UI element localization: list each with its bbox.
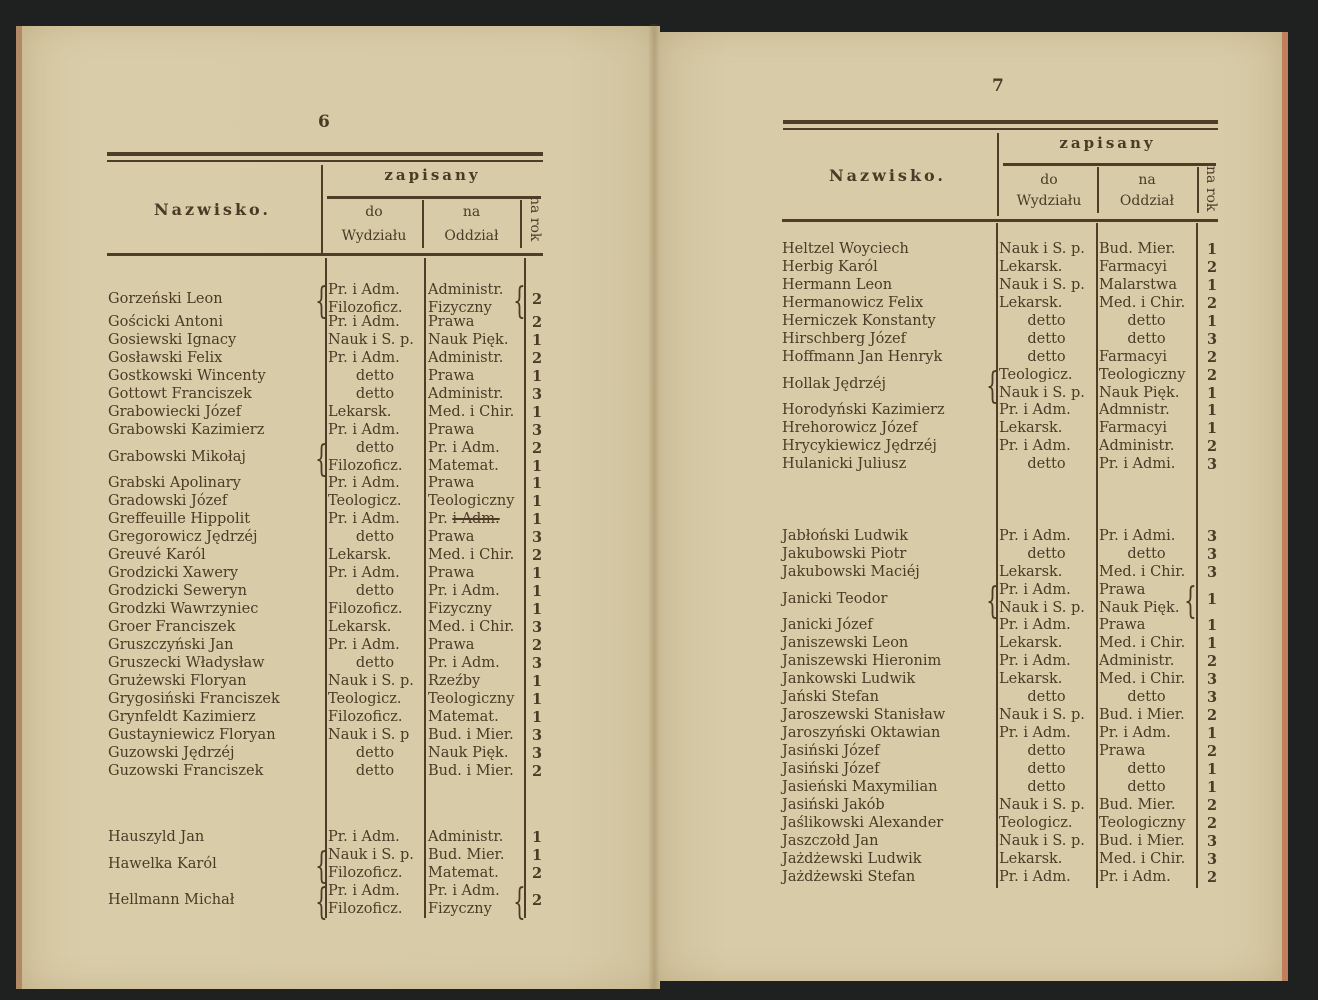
department-cell: Med. i Chir. (1099, 851, 1185, 868)
department-cell: detto (1099, 761, 1194, 778)
year-cell: 3 (527, 386, 547, 403)
student-name: Jaszczołd Jan (782, 833, 878, 850)
student-name: Grodzicki Xawery (108, 565, 238, 582)
department-cell: Teologiczny (1099, 815, 1185, 832)
faculty-cell: Pr. i Adm. (328, 565, 400, 582)
student-name: Hirschberg Józef (782, 331, 906, 348)
faculty-cell: detto (999, 779, 1094, 796)
year-cell: 1 (1202, 385, 1222, 402)
col-line-right-2 (1096, 223, 1098, 888)
student-name: Grodzki Wawrzyniec (108, 601, 258, 618)
header-dept-2-right: Oddział (1099, 193, 1195, 209)
faculty-cell: Nauk i S. p. (328, 847, 414, 864)
department-cell: Pr. i Adm. (428, 440, 500, 457)
year-cell: 2 (1202, 367, 1222, 384)
department-cell: Prawa (1099, 617, 1145, 634)
department-cell: detto (1099, 779, 1194, 796)
header-rule-thin-right (783, 128, 1218, 130)
year-cell: 2 (527, 314, 547, 331)
year-cell: 1 (1202, 591, 1222, 608)
faculty-cell: detto (328, 745, 422, 762)
department-cell: detto (1099, 313, 1194, 330)
faculty-cell: Lekarsk. (999, 635, 1062, 652)
faculty-cell: Pr. i Adm. (999, 869, 1071, 886)
year-cell: 2 (527, 547, 547, 564)
faculty-cell: Nauk i S. p. (328, 332, 414, 349)
student-name: Greffeuille Hippolit (108, 511, 250, 528)
header-year-left: na rok (527, 196, 543, 241)
year-cell: 2 (527, 350, 547, 367)
student-name: Herbig Karól (782, 259, 878, 276)
col-line-left-2 (424, 258, 426, 918)
header-group-left: zapisany (325, 166, 540, 184)
page-number-left: 6 (318, 112, 330, 132)
page-number-right: 7 (992, 76, 1004, 96)
faculty-cell: Filozoficz. (328, 901, 402, 918)
faculty-cell: Pr. i Adm. (328, 350, 400, 367)
student-name: Groer Franciszek (108, 619, 236, 636)
faculty-cell: Pr. i Adm. (999, 725, 1071, 742)
header-faculty-1-right: do (1002, 172, 1096, 188)
department-cell: Teologiczny (428, 493, 514, 510)
faculty-cell: detto (999, 331, 1094, 348)
col-line-left-3 (524, 258, 526, 918)
faculty-cell: detto (999, 349, 1094, 366)
header-dept-1-left: na (424, 204, 519, 220)
department-cell: Prawa (428, 368, 474, 385)
department-cell: Prawa (428, 422, 474, 439)
student-name: Hermann Leon (782, 277, 892, 294)
header-rule-top-right (783, 120, 1218, 124)
year-cell: 1 (527, 565, 547, 582)
year-cell: 3 (1202, 456, 1222, 473)
department-cell: Pr. i Admi. (1099, 528, 1175, 545)
year-cell: 2 (1202, 438, 1222, 455)
header-name-left: Nazwisko. (110, 200, 315, 219)
department-cell: Matemat. (428, 865, 499, 882)
department-cell: Prawa (428, 314, 474, 331)
student-name: Grabowiecki Józef (108, 404, 241, 421)
department-cell: Matemat. (428, 709, 499, 726)
department-cell: Prawa (1099, 582, 1145, 599)
department-cell: detto (1099, 331, 1194, 348)
year-cell: 1 (1202, 420, 1222, 437)
student-name: Hrehorowicz Józef (782, 420, 917, 437)
header-divider-left (321, 165, 323, 253)
student-name: Jasiński Jakób (782, 797, 885, 814)
year-cell: 3 (527, 745, 547, 762)
faculty-cell: Pr. i Adm. (328, 475, 400, 492)
brace-left-icon: { (315, 442, 328, 478)
student-name: Hellmann Michał (108, 892, 234, 909)
department-cell: Administr. (428, 282, 503, 299)
faculty-cell: detto (999, 761, 1094, 778)
department-cell: Pr. i Adm. (1099, 725, 1171, 742)
faculty-cell: Pr. i Adm. (328, 637, 400, 654)
year-cell: 1 (1202, 761, 1222, 778)
student-name: Jasieński Maxymilian (782, 779, 937, 796)
student-name: Gruszczyński Jan (108, 637, 234, 654)
student-name: Jański Stefan (782, 689, 879, 706)
year-cell: 1 (527, 511, 547, 528)
student-name: Hollak Jędrzéj (782, 376, 886, 393)
student-name: Gruszecki Władysław (108, 655, 265, 672)
faculty-cell: Lekarsk. (999, 420, 1062, 437)
year-cell: 1 (527, 673, 547, 690)
student-name: Gustayniewicz Floryan (108, 727, 276, 744)
student-name: Janiszewski Hieronim (782, 653, 941, 670)
faculty-cell: Pr. i Adm. (999, 402, 1071, 419)
header-name-right: Nazwisko. (785, 166, 990, 185)
student-name: Gosławski Felix (108, 350, 222, 367)
department-cell: Teologiczny (1099, 367, 1185, 384)
year-cell: 2 (527, 440, 547, 457)
student-name: Jaroszyński Oktawian (782, 725, 940, 742)
faculty-cell: detto (328, 368, 422, 385)
year-cell: 1 (527, 691, 547, 708)
faculty-cell: Pr. i Adm. (328, 511, 400, 528)
department-cell: Nauk Pięk. (1099, 385, 1179, 402)
student-name: Hermanowicz Felix (782, 295, 923, 312)
department-cell: Farmacyi (1099, 349, 1167, 366)
faculty-cell: Filozoficz. (328, 865, 402, 882)
header-faculty-1-left: do (327, 204, 421, 220)
year-cell: 2 (527, 865, 547, 882)
department-cell: Malarstwa (1099, 277, 1177, 294)
department-cell: Pr. i Adm. (428, 883, 500, 900)
faculty-cell: Pr. i Adm. (999, 528, 1071, 545)
header-dept-1-right: na (1099, 172, 1195, 188)
struck-text: i Adm. (452, 511, 499, 527)
header-rule-thin-left (107, 160, 543, 162)
year-cell: 1 (527, 847, 547, 864)
faculty-cell: Nauk i S. p. (999, 797, 1085, 814)
year-cell: 1 (1202, 725, 1222, 742)
brace-left-icon: { (986, 369, 999, 405)
header-group-right: zapisany (1000, 134, 1215, 152)
year-cell: 3 (1202, 671, 1222, 688)
student-name: Guzowski Jędrzéj (108, 745, 235, 762)
brace-right-icon: { (513, 885, 526, 921)
year-cell: 2 (1202, 707, 1222, 724)
year-cell: 3 (527, 655, 547, 672)
header-rule-bottom-left (107, 253, 543, 256)
faculty-cell: detto (328, 655, 422, 672)
header-group-rule-left (327, 196, 541, 199)
year-cell: 2 (527, 637, 547, 654)
year-cell: 3 (527, 727, 547, 744)
brace-left-icon: { (315, 885, 328, 921)
department-cell: Prawa (1099, 743, 1145, 760)
book-gutter (648, 24, 660, 989)
faculty-cell: Filozoficz. (328, 601, 402, 618)
faculty-cell: Nauk i S. p (328, 727, 409, 744)
year-cell: 1 (527, 493, 547, 510)
department-cell: Teologiczny (428, 691, 514, 708)
year-cell: 3 (527, 422, 547, 439)
faculty-cell: Lekarsk. (328, 547, 391, 564)
department-cell: Fizyczny (428, 601, 492, 618)
faculty-cell: Lekarsk. (999, 671, 1062, 688)
header-faculty-2-right: Wydziału (1002, 193, 1096, 209)
student-name: Jankowski Ludwik (782, 671, 915, 688)
department-cell: Bud. Mier. (1099, 797, 1176, 814)
student-name: Hawelka Karól (108, 856, 217, 873)
faculty-cell: detto (328, 529, 422, 546)
faculty-cell: Teologicz. (328, 691, 402, 708)
brace-left-icon: { (986, 584, 999, 620)
student-name: Jażdżewski Ludwik (782, 851, 922, 868)
header-col-divider-right-2 (1197, 167, 1199, 213)
department-cell: Pr. i Adm. (428, 655, 500, 672)
department-cell: Nauk Pięk. (1099, 600, 1179, 617)
department-cell: Med. i Chir. (1099, 295, 1185, 312)
student-name: Hauszyld Jan (108, 829, 204, 846)
faculty-cell: Pr. i Adm. (328, 829, 400, 846)
student-name: Jaroszewski Stanisław (782, 707, 945, 724)
student-name: Grynfeldt Kazimierz (108, 709, 256, 726)
faculty-cell: Pr. i Adm. (999, 582, 1071, 599)
student-name: Grabowski Kazimierz (108, 422, 264, 439)
faculty-cell: detto (328, 763, 422, 780)
faculty-cell: Pr. i Adm. (328, 314, 400, 331)
student-name: Hrycykiewicz Jędrzéj (782, 438, 937, 455)
year-cell: 1 (1202, 402, 1222, 419)
department-cell: Bud. i Mier. (1099, 833, 1185, 850)
student-name: Gradowski Józef (108, 493, 227, 510)
student-name: Guzowski Franciszek (108, 763, 263, 780)
year-cell: 2 (1202, 869, 1222, 886)
year-cell: 1 (527, 368, 547, 385)
faculty-cell: detto (999, 546, 1094, 563)
header-dept-2-left: Oddział (424, 228, 519, 244)
student-name: Greuvé Karól (108, 547, 206, 564)
department-cell: Med. i Chir. (1099, 635, 1185, 652)
faculty-cell: Teologicz. (328, 493, 402, 510)
department-cell: Med. i Chir. (1099, 564, 1185, 581)
faculty-cell: Filozoficz. (328, 458, 402, 475)
year-cell: 2 (1202, 743, 1222, 760)
year-cell: 3 (1202, 833, 1222, 850)
faculty-cell: Teologicz. (999, 815, 1073, 832)
header-divider-right (997, 133, 999, 216)
header-faculty-2-left: Wydziału (327, 228, 421, 244)
student-name: Jażdżewski Stefan (782, 869, 915, 886)
student-name: Heltzel Woyciech (782, 241, 909, 258)
department-cell: Matemat. (428, 458, 499, 475)
col-line-right-1 (996, 223, 998, 888)
year-cell: 1 (1202, 617, 1222, 634)
student-name: Gościcki Antoni (108, 314, 223, 331)
year-cell: 2 (1202, 815, 1222, 832)
brace-left-icon: { (315, 849, 328, 885)
department-cell: Administr. (428, 350, 503, 367)
faculty-cell: Nauk i S. p. (999, 277, 1085, 294)
department-cell: Farmacyi (1099, 259, 1167, 276)
student-name: Grygosiński Franciszek (108, 691, 280, 708)
student-name: Janicki Józef (782, 617, 873, 634)
header-col-divider-left-2 (520, 200, 522, 248)
student-name: Jasiński Józef (782, 761, 879, 778)
col-line-right-3 (1196, 223, 1198, 888)
faculty-cell: Teologicz. (999, 367, 1073, 384)
faculty-cell: Lekarsk. (999, 564, 1062, 581)
student-name: Gorzeński Leon (108, 291, 223, 308)
student-name: Gregorowicz Jędrzéj (108, 529, 258, 546)
faculty-cell: detto (999, 456, 1094, 473)
year-cell: 3 (1202, 331, 1222, 348)
faculty-cell: Pr. i Adm. (328, 422, 400, 439)
department-cell: Pr. i Adm. (1099, 869, 1171, 886)
department-cell: detto (1099, 546, 1194, 563)
year-cell: 3 (1202, 689, 1222, 706)
year-cell: 1 (1202, 277, 1222, 294)
faculty-cell: Pr. i Adm. (999, 653, 1071, 670)
department-cell: detto (1099, 689, 1194, 706)
department-cell: Prawa (428, 565, 474, 582)
year-cell: 1 (527, 475, 547, 492)
year-cell: 1 (1202, 313, 1222, 330)
department-cell: Pr. i Admi. (1099, 456, 1175, 473)
student-name: Grodzicki Seweryn (108, 583, 247, 600)
department-cell: Bud. i Mier. (1099, 707, 1185, 724)
student-name: Gosiewski Ignacy (108, 332, 236, 349)
year-cell: 1 (1202, 779, 1222, 796)
department-cell: Admnistr. (1099, 402, 1170, 419)
department-cell: Prawa (428, 475, 474, 492)
student-name: Horodyński Kazimierz (782, 402, 945, 419)
student-name: Jaślikowski Alexander (782, 815, 943, 832)
year-cell: 1 (527, 709, 547, 726)
faculty-cell: Nauk i S. p. (999, 385, 1085, 402)
department-cell: Bud. i Mier. (428, 763, 514, 780)
student-name: Janiszewski Leon (782, 635, 908, 652)
department-cell: Nauk Pięk. (428, 332, 508, 349)
student-name: Hoffmann Jan Henryk (782, 349, 942, 366)
student-name: Jasiński Józef (782, 743, 879, 760)
student-name: Jakubowski Maciéj (782, 564, 920, 581)
department-cell: Med. i Chir. (428, 404, 514, 421)
faculty-cell: Pr. i Adm. (999, 617, 1071, 634)
faculty-cell: Nauk i S. p. (328, 673, 414, 690)
faculty-cell: detto (999, 689, 1094, 706)
year-cell: 1 (1202, 241, 1222, 258)
student-name: Hulanicki Juliusz (782, 456, 906, 473)
year-cell: 1 (527, 583, 547, 600)
student-name: Gottowt Franciszek (108, 386, 252, 403)
year-cell: 2 (527, 291, 547, 308)
faculty-cell: detto (328, 440, 422, 457)
year-cell: 3 (1202, 564, 1222, 581)
department-cell: Prawa (428, 529, 474, 546)
header-group-rule-right (1003, 163, 1216, 166)
year-cell: 1 (527, 332, 547, 349)
faculty-cell: Lekarsk. (999, 851, 1062, 868)
department-cell: Bud. i Mier. (428, 727, 514, 744)
year-cell: 2 (527, 763, 547, 780)
header-rule-top-left (107, 152, 543, 156)
student-name: Herniczek Konstanty (782, 313, 936, 330)
faculty-cell: Pr. i Adm. (328, 883, 400, 900)
faculty-cell: Lekarsk. (328, 619, 391, 636)
department-cell: Bud. Mier. (1099, 241, 1176, 258)
year-cell: 2 (1202, 653, 1222, 670)
year-cell: 3 (1202, 546, 1222, 563)
faculty-cell: Nauk i S. p. (999, 241, 1085, 258)
department-cell: Med. i Chir. (428, 619, 514, 636)
brace-right-icon: { (513, 284, 526, 320)
year-cell: 2 (1202, 797, 1222, 814)
year-cell: 3 (527, 619, 547, 636)
faculty-cell: Nauk i S. p. (999, 600, 1085, 617)
department-cell: Bud. Mier. (428, 847, 505, 864)
header-year-right: na rok (1203, 166, 1219, 211)
department-cell: Med. i Chir. (428, 547, 514, 564)
year-cell: 2 (527, 892, 547, 909)
faculty-cell: Lekarsk. (999, 295, 1062, 312)
department-cell: Med. i Chir. (1099, 671, 1185, 688)
year-cell: 3 (1202, 528, 1222, 545)
brace-left-icon: { (315, 284, 328, 320)
year-cell: 1 (527, 458, 547, 475)
department-cell: Administr. (428, 829, 503, 846)
department-cell: Rzeźby (428, 673, 480, 690)
year-cell: 2 (1202, 259, 1222, 276)
year-cell: 2 (1202, 349, 1222, 366)
department-cell: Nauk Pięk. (428, 745, 508, 762)
year-cell: 3 (527, 529, 547, 546)
faculty-cell: detto (328, 386, 422, 403)
student-name: Grabowski Mikołaj (108, 449, 246, 466)
year-cell: 1 (1202, 635, 1222, 652)
faculty-cell: detto (328, 583, 422, 600)
student-name: Grabski Apolinary (108, 475, 241, 492)
faculty-cell: detto (999, 743, 1094, 760)
year-cell: 1 (527, 404, 547, 421)
faculty-cell: Nauk i S. p. (999, 707, 1085, 724)
faculty-cell: Pr. i Adm. (999, 438, 1071, 455)
student-name: Jakubowski Piotr (782, 546, 906, 563)
year-cell: 2 (1202, 295, 1222, 312)
department-cell: Administr. (428, 386, 503, 403)
department-cell: Administr. (1099, 438, 1174, 455)
department-cell: Administr. (1099, 653, 1174, 670)
col-line-left-1 (325, 258, 327, 918)
year-cell: 1 (527, 829, 547, 846)
faculty-cell: Nauk i S. p. (999, 833, 1085, 850)
faculty-cell: detto (999, 313, 1094, 330)
faculty-cell: Lekarsk. (999, 259, 1062, 276)
faculty-cell: Pr. i Adm. (328, 282, 400, 299)
department-cell: Pr. i Adm. (428, 583, 500, 600)
student-name: Jabłoński Ludwik (782, 528, 908, 545)
brace-right-icon: { (1184, 584, 1197, 620)
department-cell: Pr. i Adm. (428, 511, 500, 528)
department-cell: Prawa (428, 637, 474, 654)
student-name: Janicki Teodor (782, 591, 887, 608)
department-cell: Fizyczny (428, 901, 492, 918)
student-name: Grużewski Floryan (108, 673, 247, 690)
faculty-cell: Lekarsk. (328, 404, 391, 421)
year-cell: 1 (527, 601, 547, 618)
year-cell: 3 (1202, 851, 1222, 868)
header-rule-bottom-right (782, 219, 1218, 222)
faculty-cell: Filozoficz. (328, 709, 402, 726)
student-name: Gostkowski Wincenty (108, 368, 266, 385)
department-cell: Farmacyi (1099, 420, 1167, 437)
